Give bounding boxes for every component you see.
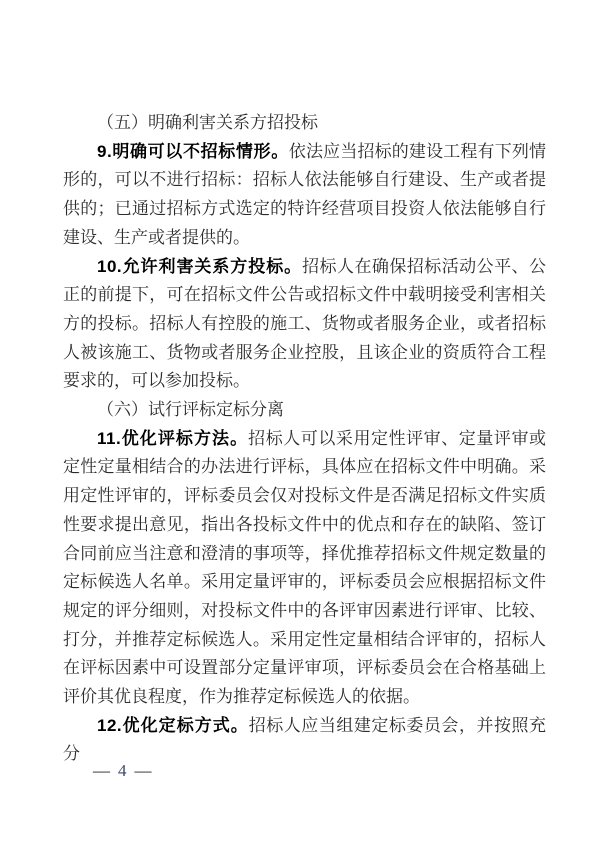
clause-12-label: 12.优化定标方式。 <box>97 716 249 735</box>
clause-11-label: 11.优化评标方法。 <box>97 429 248 448</box>
clause-9: 9.明确可以不招标情形。依法应当招标的建设工程有下列情形的，可以不进行招标：招标… <box>63 138 546 253</box>
page-footer: —4— <box>93 760 152 782</box>
document-page: （五）明确利害关系方招投标 9.明确可以不招标情形。依法应当招标的建设工程有下列… <box>0 0 607 848</box>
clause-10-label: 10.允许利害关系方投标。 <box>97 257 302 276</box>
footer-dash-left: — <box>93 761 110 780</box>
clause-11-body: 招标人可以采用定性评审、定量评审或定性定量相结合的办法进行评标，具体应在招标文件… <box>63 429 546 706</box>
section-heading-6: （六）试行评标定标分离 <box>63 396 546 425</box>
clause-9-label: 9.明确可以不招标情形。 <box>97 142 289 161</box>
document-content: （五）明确利害关系方招投标 9.明确可以不招标情形。依法应当招标的建设工程有下列… <box>63 109 546 769</box>
footer-dash-right: — <box>135 761 152 780</box>
clause-10-body: 招标人在确保招标活动公平、公正的前提下，可在招标文件公告或招标文件中载明接受利害… <box>63 257 546 391</box>
section-heading-5: （五）明确利害关系方招投标 <box>63 109 546 138</box>
clause-11: 11.优化评标方法。招标人可以采用定性评审、定量评审或定性定量相结合的办法进行评… <box>63 425 546 712</box>
clause-10: 10.允许利害关系方投标。招标人在确保招标活动公平、公正的前提下，可在招标文件公… <box>63 253 546 397</box>
page-number: 4 <box>110 761 135 780</box>
